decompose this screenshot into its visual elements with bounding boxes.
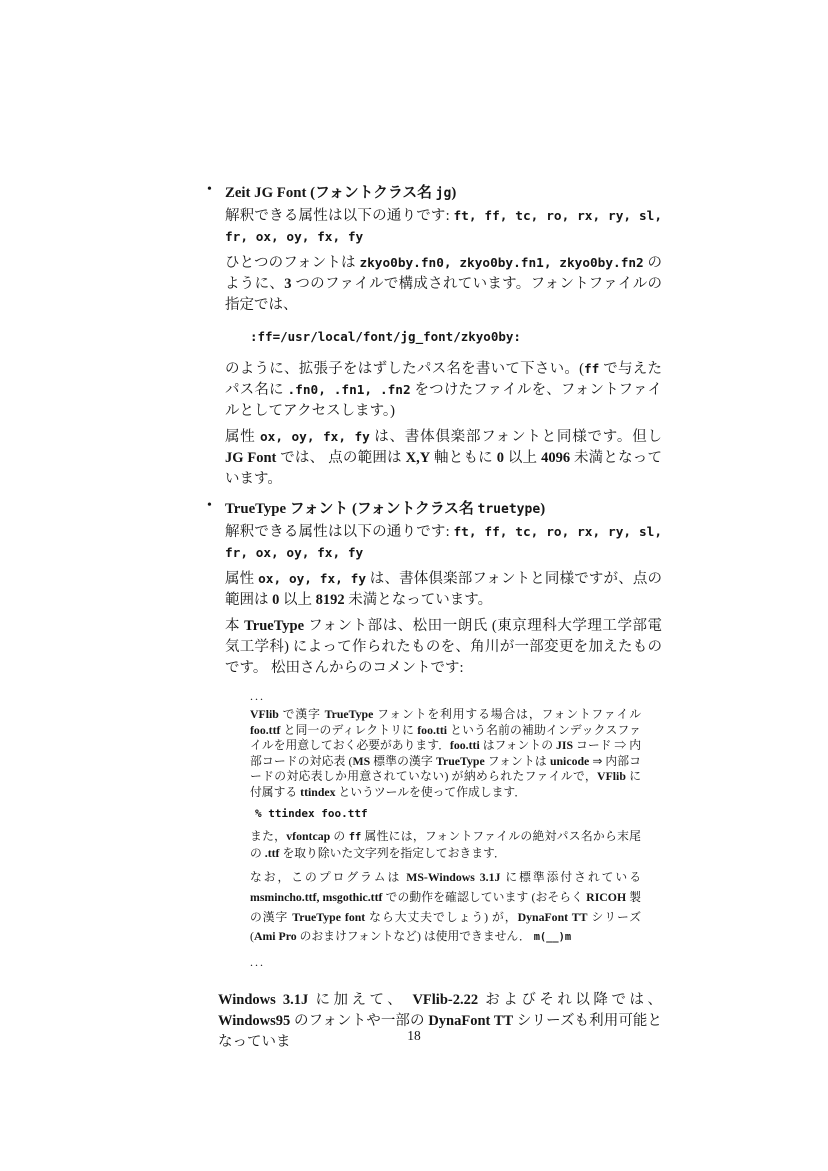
text-run: のように、拡張子をはずしたパス名を書いて下さい。(: [225, 361, 584, 377]
text-run: フォントは: [485, 754, 550, 768]
text-run: truetype: [477, 502, 540, 517]
bullet-item: •TrueType フォント (フォントクラス名 truetype)解釈できる属…: [210, 498, 662, 970]
text-run: は、書体倶楽部フォントと同様です。但し: [370, 429, 662, 445]
text-run: つのファイルで構成されています。フォントファイルの指定では、: [225, 276, 662, 313]
text-run: ひとつのフォントは: [225, 255, 359, 271]
item-paragraph: 属性 ox, oy, fx, fy は、書体倶楽部フォントと同様ですが、点の範囲…: [225, 569, 662, 611]
text-run: foo.ttf: [250, 723, 280, 737]
text-run: JG Font: [225, 450, 276, 466]
text-run: の: [330, 829, 349, 843]
page-number: 18: [0, 1028, 828, 1044]
quote-code-line: % ttindex foo.ttf: [255, 807, 641, 821]
text-run: MS-Windows 3.1J: [406, 870, 500, 884]
text-run: に標準添付されている: [500, 870, 641, 884]
text-run: :ff=/usr/local/font/jg_font/zkyo0by:: [250, 329, 521, 344]
text-run: ff: [349, 831, 362, 843]
quote-paragraph: また，vfontcap の ff 属性には，フォントファイルの絶対パス名から末尾…: [250, 829, 641, 861]
text-run: 軸ともに: [430, 450, 497, 466]
text-run: また，: [250, 829, 286, 843]
text-run: 属性: [225, 429, 260, 445]
text-run: では、 点の範囲は: [276, 450, 405, 466]
text-run: .fn0, .fn1, .fn2: [288, 383, 411, 398]
text-run: ): [540, 501, 545, 517]
bullet-item: •Zeit JG Font (フォントクラス名 jg)解釈できる属性は以下の通り…: [210, 182, 662, 490]
text-run: 以上: [504, 450, 541, 466]
quote-paragraph: VFlib で漢字 TrueType フォントを利用する場合は，フォントファイル…: [250, 707, 641, 800]
bullet-icon: •: [207, 498, 212, 514]
code-line: :ff=/usr/local/font/jg_font/zkyo0by:: [250, 329, 662, 344]
text-run: 未満となっています。: [345, 592, 492, 608]
document-page: •Zeit JG Font (フォントクラス名 jg)解釈できる属性は以下の通り…: [0, 0, 828, 1171]
text-run: % ttindex foo.ttf: [255, 807, 368, 820]
text-run: ...: [250, 689, 265, 703]
text-run: のおまけフォントなど) は使用できません．: [297, 929, 534, 943]
text-run: での動作を確認しています (おそらく: [382, 890, 586, 904]
quote-paragraph: なお，このプログラムは MS-Windows 3.1J に標準添付されている m…: [250, 868, 641, 948]
text-run: DynaFont TT: [518, 910, 588, 924]
text-run: ): [451, 185, 456, 201]
text-run: 4096: [541, 450, 570, 466]
text-run: DynaFont TT: [428, 1013, 513, 1029]
text-run: Windows95: [218, 1013, 290, 1029]
quote-block: ...VFlib で漢字 TrueType フォントを利用する場合は，フォントフ…: [250, 689, 641, 970]
text-run: TrueType: [436, 754, 485, 768]
text-run: TrueType: [325, 707, 374, 721]
text-run: はフォントの: [480, 738, 556, 752]
bullet-icon: •: [207, 182, 212, 198]
text-run: TrueType font: [292, 910, 365, 924]
text-run: 8192: [316, 592, 345, 608]
item-paragraph: 属性 ox, oy, fx, fy は、書体倶楽部フォントと同様です。但し JG…: [225, 427, 662, 490]
text-run: 標準の漢字: [370, 754, 436, 768]
text-run: フォントを利用する場合は，フォントファイル: [373, 707, 641, 721]
text-run: VFlib-2.22: [412, 992, 478, 1008]
text-run: 本: [225, 618, 244, 634]
item-paragraph: 本 TrueType フォント部は、松田一朗氏 (東京理科大学理工学部電気工学科…: [225, 616, 662, 679]
item-title: TrueType フォント (フォントクラス名 truetype): [225, 498, 662, 521]
text-run: m(__)m: [534, 931, 571, 943]
item-paragraph: 解釈できる属性は以下の通りです: ft, ff, tc, ro, rx, ry,…: [225, 522, 662, 564]
text-run: vfontcap: [286, 829, 330, 843]
text-run: RICOH: [586, 890, 626, 904]
text-run: MS: [352, 754, 370, 768]
text-run: ox, oy, fx, fy: [260, 430, 370, 445]
text-run: 以上: [279, 592, 315, 608]
text-run: 属性: [225, 571, 258, 587]
text-run: JIS: [556, 738, 573, 752]
text-run: と同一のディレクトリに: [280, 723, 417, 737]
text-run: Ami Pro: [254, 929, 297, 943]
quote-ellipsis: ...: [250, 689, 641, 704]
text-run: のフォントや一部の: [290, 1013, 428, 1029]
text-run: zkyo0by.fn0, zkyo0by.fn1, zkyo0by.fn2: [359, 256, 643, 271]
text-run: というツールを使って作成します．: [336, 785, 527, 799]
text-run: Zeit JG Font (: [225, 185, 315, 201]
text-run: foo.tti: [450, 738, 480, 752]
text-run: ox, oy, fx, fy: [258, 572, 366, 587]
text-run: に加えて、: [308, 992, 412, 1008]
item-paragraph: のように、拡張子をはずしたパス名を書いて下さい。(ff で与えたパス名に .fn…: [225, 359, 662, 422]
text-run: Windows 3.1J: [218, 992, 308, 1008]
text-run: 解釈できる属性は以下の通りです:: [225, 208, 453, 224]
text-run: を取り除いた文字列を指定しておきます．: [280, 846, 506, 860]
text-run: VFlib: [250, 707, 279, 721]
text-run: msmincho.ttf, msgothic.ttf: [250, 890, 382, 904]
text-run: およびそれ以降では、: [478, 992, 662, 1008]
text-run: TrueType: [244, 618, 304, 634]
text-run: ttindex: [300, 785, 335, 799]
text-run: ...: [250, 955, 265, 969]
text-run: なら大丈夫でしょう) が，: [365, 910, 517, 924]
item-paragraph: ひとつのフォントは zkyo0by.fn0, zkyo0by.fn1, zkyo…: [225, 253, 662, 316]
text-run: unicode: [550, 754, 589, 768]
text-run: ff: [584, 362, 599, 377]
text-run: .ttf: [265, 846, 280, 860]
text-run: 0: [497, 450, 504, 466]
text-run: 解釈できる属性は以下の通りです:: [225, 524, 453, 540]
text-run: TrueType フォント (フォントクラス名: [225, 501, 477, 517]
item-paragraph: 解釈できる属性は以下の通りです: ft, ff, tc, ro, rx, ry,…: [225, 206, 662, 248]
quote-ellipsis: ...: [250, 955, 641, 970]
item-title: Zeit JG Font (フォントクラス名 jg): [225, 182, 662, 205]
document-content: •Zeit JG Font (フォントクラス名 jg)解釈できる属性は以下の通り…: [210, 182, 662, 1053]
text-run: jg: [436, 186, 452, 201]
text-run: なお，このプログラムは: [250, 870, 406, 884]
text-run: で漢字: [279, 707, 325, 721]
text-run: X,Y: [406, 450, 431, 466]
text-run: VFlib: [597, 769, 626, 783]
text-run: foo.tti: [417, 723, 447, 737]
text-run: フォントクラス名: [315, 185, 436, 201]
